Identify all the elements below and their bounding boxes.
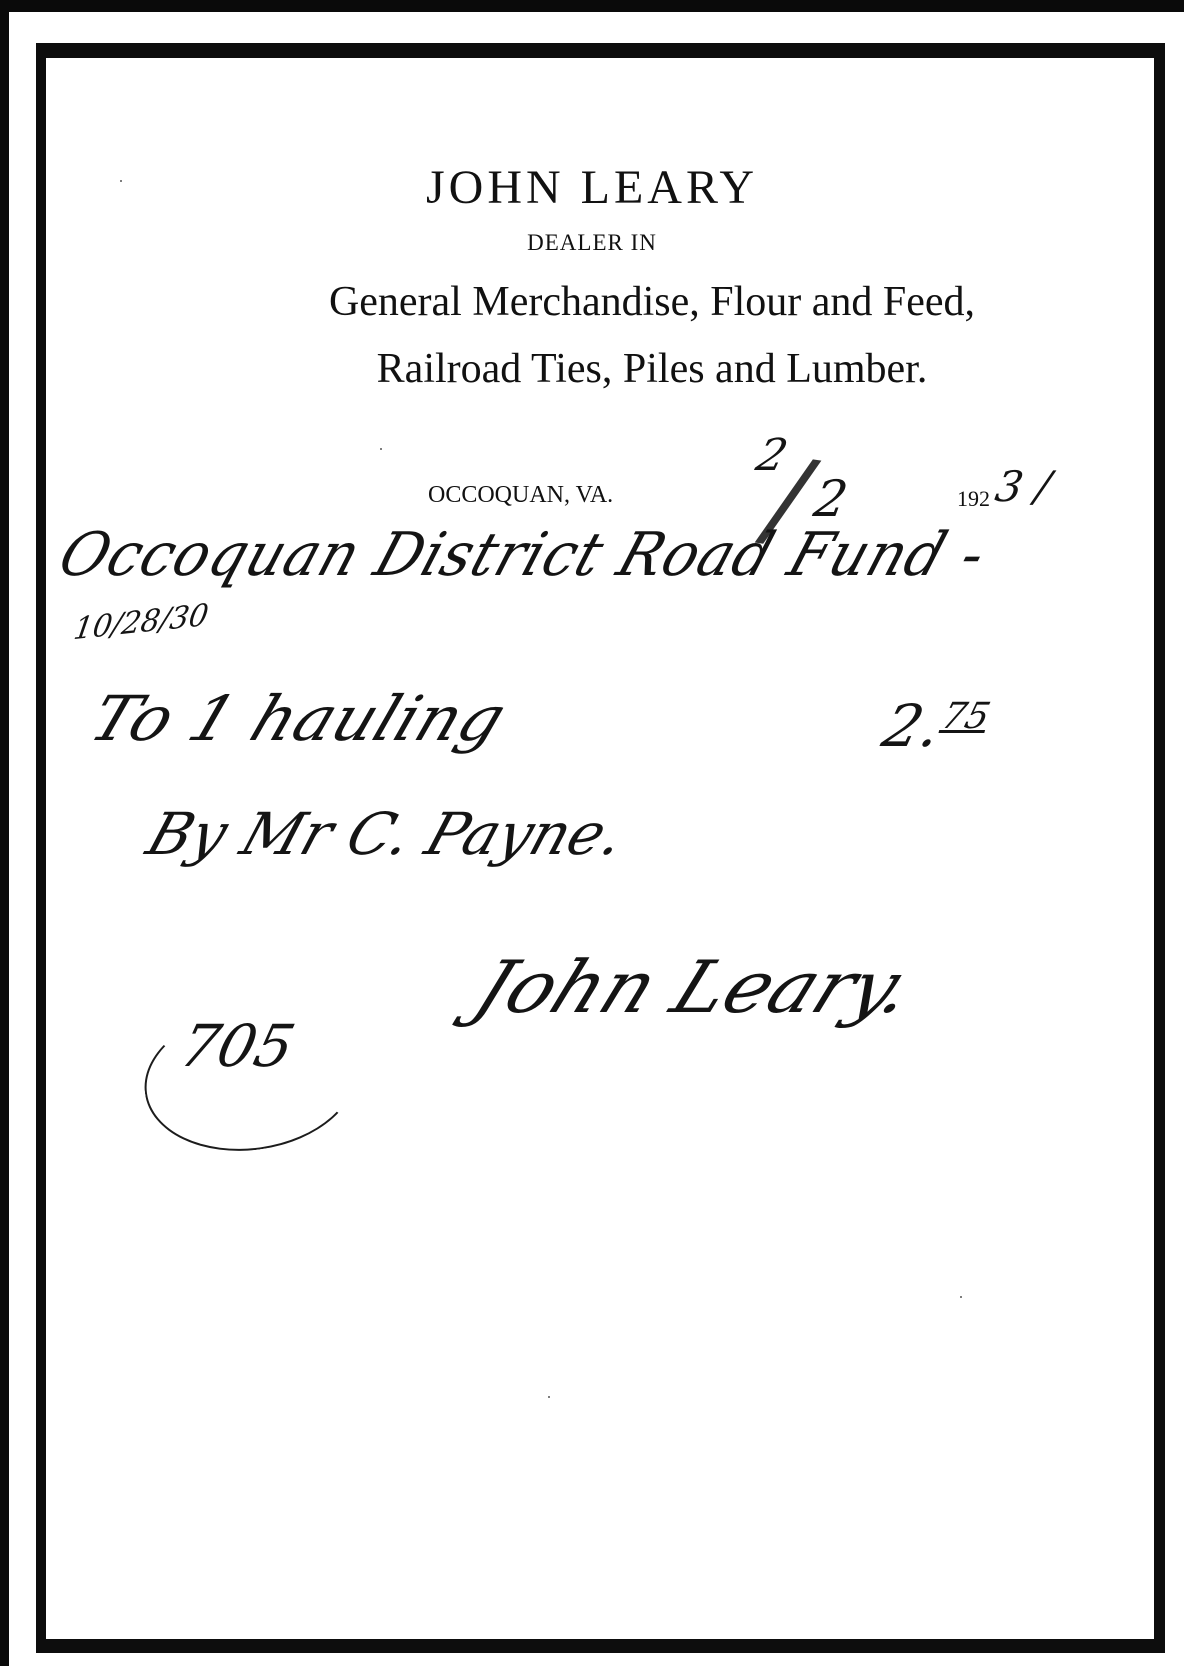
handwritten-amount: 2.75 xyxy=(876,692,995,760)
handwritten-line-item: To 1 hauling xyxy=(81,682,516,755)
letterhead-goods-line-1: General Merchandise, Flour and Feed, xyxy=(60,278,1184,326)
handwritten-reference-number: 705 xyxy=(174,1012,302,1080)
handwritten-payee: Occoquan District Road Fund - xyxy=(51,520,995,590)
letterhead-business-name: JOHN LEARY xyxy=(0,160,1184,215)
scan-edge-top xyxy=(0,0,1184,12)
letterhead-subtitle: DEALER IN xyxy=(0,230,1184,256)
letterhead-goods-line-2: Railroad Ties, Piles and Lumber. xyxy=(60,345,1184,393)
scan-speck xyxy=(380,448,382,450)
scan-speck xyxy=(120,180,122,182)
handwritten-date-year: 3 / xyxy=(992,462,1055,511)
scan-speck xyxy=(548,1396,550,1398)
handwritten-signature: John Leary. xyxy=(463,945,927,1029)
scan-speck xyxy=(960,1296,962,1298)
printed-year-prefix: 192 xyxy=(957,486,990,512)
handwritten-by-line: By Mr C. Payne. xyxy=(139,800,634,868)
letterhead-place: OCCOQUAN, VA. xyxy=(428,482,613,509)
